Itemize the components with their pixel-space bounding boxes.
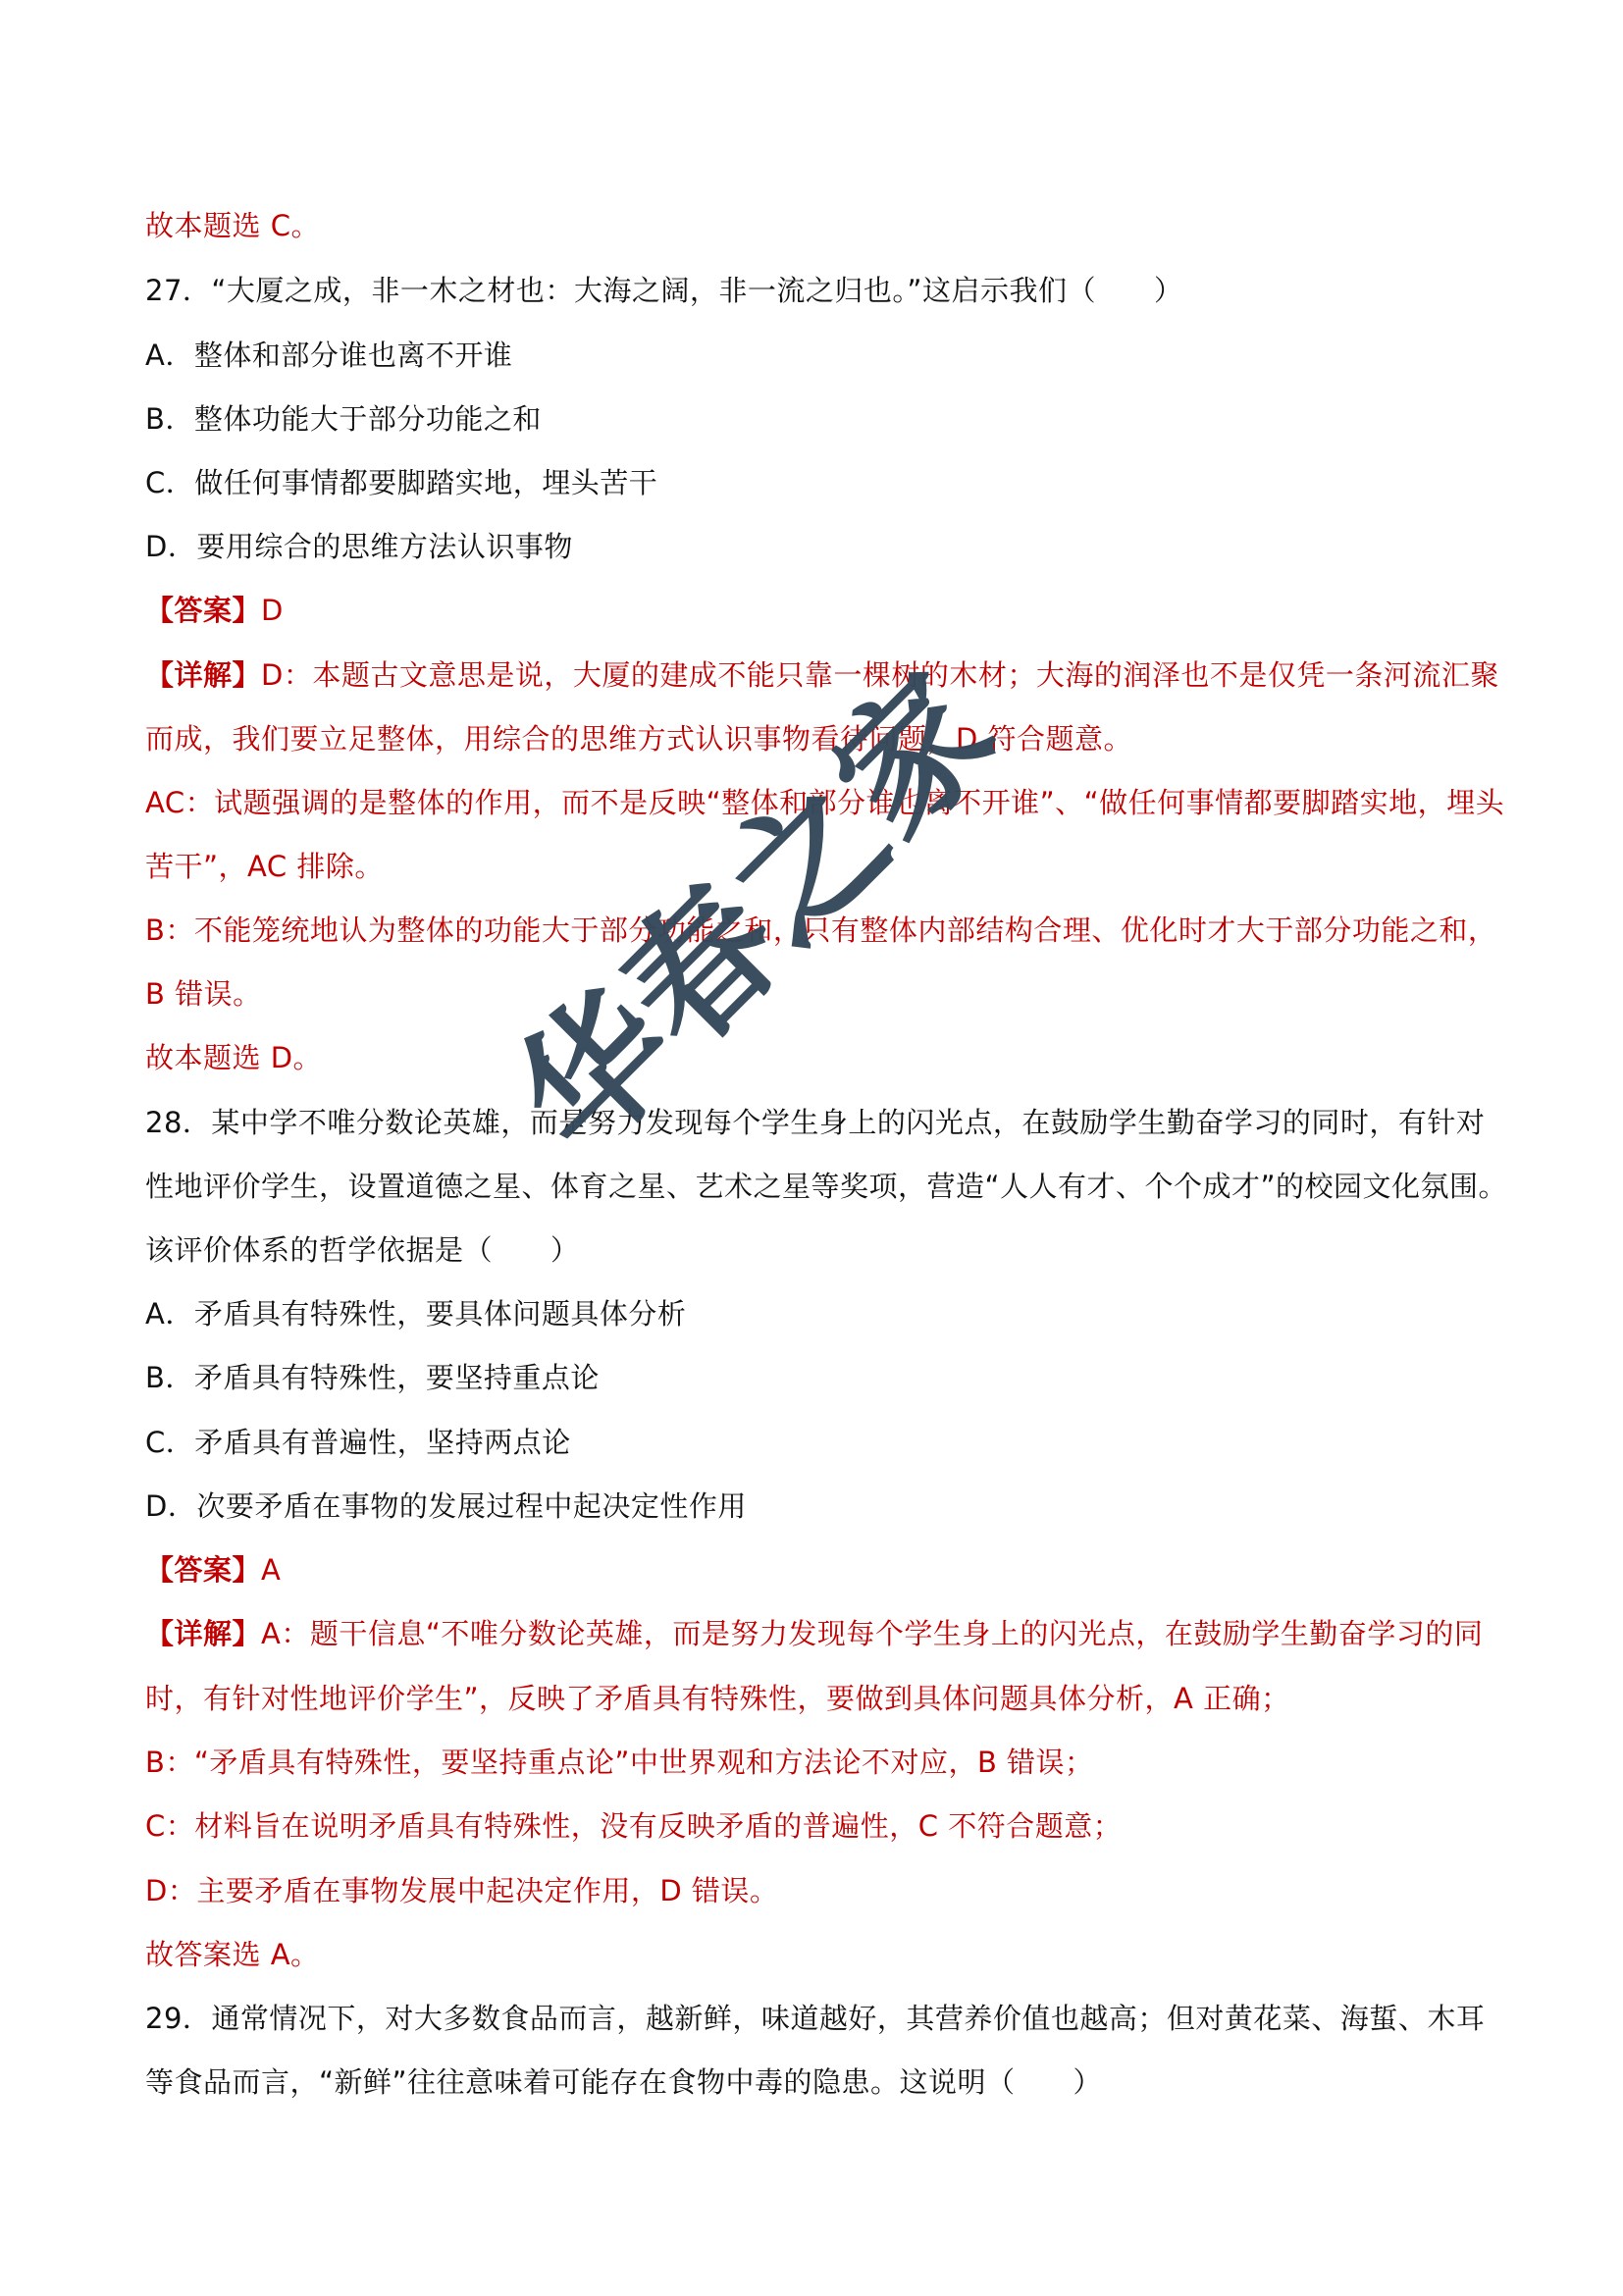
q27-option-d: D．要用综合的思维方法认识事物 — [145, 527, 573, 566]
q27-explanation-line-2: 而成，我们要立足整体，用综合的思维方式认识事物看待问题，D 符合题意。 — [145, 719, 1132, 758]
answer-tag: 【答案】 — [145, 1553, 261, 1587]
q27-explanation-line-3: AC：试题强调的是整体的作用，而不是反映“整体和部分谁也离不开谁”、“做任何事情… — [145, 783, 1504, 822]
q28-explanation-line-3: B：“矛盾具有特殊性，要坚持重点论”中世界观和方法论不对应，B 错误； — [145, 1743, 1094, 1782]
explanation-tag: 【详解】 — [145, 1617, 261, 1650]
q27-answer: 【答案】D — [145, 591, 284, 630]
document-page: 故本题选 C。 27．“大厦之成，非一木之材也：大海之阔，非一流之归也。”这启示… — [0, 0, 1623, 2296]
explanation-tag: 【详解】 — [145, 658, 261, 692]
q27-option-a: A．整体和部分谁也离不开谁 — [145, 336, 512, 375]
q28-answer: 【答案】A — [145, 1550, 281, 1590]
q27-explanation-line-4: 苦干”，AC 排除。 — [145, 847, 384, 886]
q28-explanation-line-4: C：材料旨在说明矛盾具有特殊性，没有反映矛盾的普遍性，C 不符合题意； — [145, 1806, 1122, 1846]
q28-explanation-line-1: 【详解】A：题干信息“不唯分数论英雄，而是努力发现每个学生身上的闪光点，在鼓励学… — [145, 1614, 1483, 1653]
q29-stem-line-1: 29．通常情况下，对大多数食品而言，越新鲜，味道越好，其营养价值也越高；但对黄花… — [145, 1999, 1485, 2038]
q28-explanation-line-2: 时，有针对性地评价学生”，反映了矛盾具有特殊性，要做到具体问题具体分析，A 正确… — [145, 1679, 1290, 1718]
q28-explanation-line-5: D：主要矛盾在事物发展中起决定作用，D 错误。 — [145, 1871, 778, 1910]
q29-stem-line-2: 等食品而言，“新鲜”往往意味着可能存在食物中毒的隐患。这说明（ ） — [145, 2062, 1102, 2102]
q27-explanation-line-6: B 错误。 — [145, 974, 262, 1014]
q28-stem-line-2: 性地评价学生，设置道德之星、体育之星、艺术之星等奖项，营造“人人有才、个个成才”… — [145, 1167, 1507, 1206]
q28-option-d: D．次要矛盾在事物的发展过程中起决定性作用 — [145, 1487, 747, 1526]
q28-option-a: A．矛盾具有特殊性，要具体问题具体分析 — [145, 1294, 686, 1333]
q26-conclusion: 故本题选 C。 — [145, 206, 320, 245]
q27-explanation-line-5: B：不能笼统地认为整体的功能大于部分功能之和，只有整体内部结构合理、优化时才大于… — [145, 911, 1496, 950]
q28-conclusion: 故答案选 A。 — [145, 1935, 320, 1974]
answer-tag: 【答案】 — [145, 594, 261, 627]
q28-stem-line-3: 该评价体系的哲学依据是（ ） — [145, 1230, 580, 1270]
q27-explanation-line-1: 【详解】D：本题古文意思是说，大厦的建成不能只靠一棵树的木材；大海的润泽也不是仅… — [145, 655, 1499, 695]
q27-conclusion: 故本题选 D。 — [145, 1038, 322, 1077]
q28-option-b: B．矛盾具有特殊性，要坚持重点论 — [145, 1358, 600, 1397]
q28-option-c: C．矛盾具有普遍性，坚持两点论 — [145, 1423, 571, 1462]
q27-option-b: B．整体功能大于部分功能之和 — [145, 399, 542, 439]
q27-stem: 27．“大厦之成，非一木之材也：大海之阔，非一流之归也。”这启示我们（ ） — [145, 271, 1182, 310]
q28-stem-line-1: 28．某中学不唯分数论英雄，而是努力发现每个学生身上的闪光点，在鼓励学生勤奋学习… — [145, 1103, 1485, 1142]
q27-option-c: C．做任何事情都要脚踏实地，埋头苦干 — [145, 463, 657, 502]
